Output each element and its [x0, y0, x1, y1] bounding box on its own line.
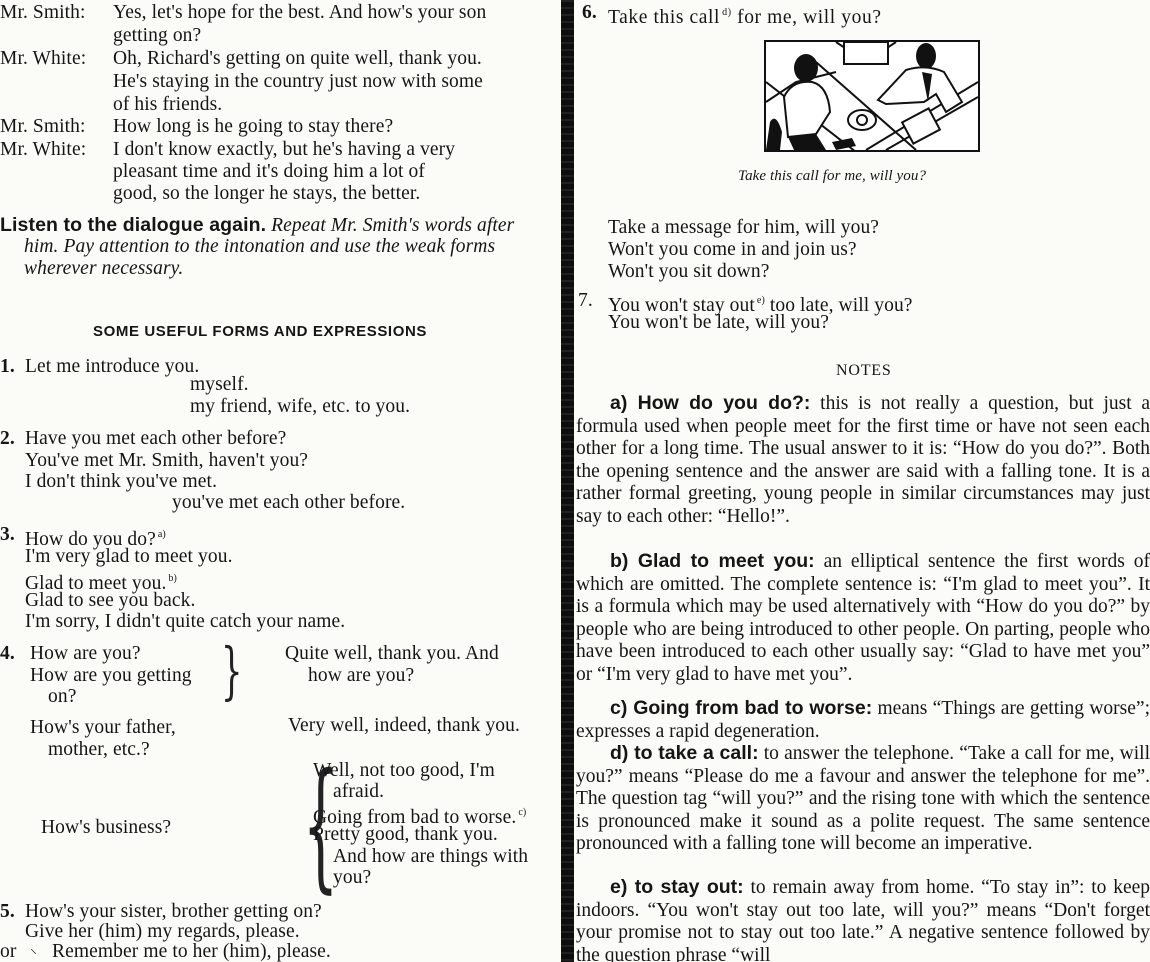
illustration-icon [766, 42, 978, 150]
note-label: e) to stay out: [610, 876, 744, 898]
note-label: a) How do you do?: [610, 392, 810, 414]
question-line: How are you? [30, 643, 141, 665]
instruction-line: him. Pay attention to the intonation and… [24, 236, 495, 258]
page-gutter-divider [561, 0, 574, 962]
note-b: b) Glad to meet you: an elliptical sente… [576, 550, 1150, 687]
item-number: 4. [0, 643, 15, 665]
expression-line: my friend, wife, etc. to you. [190, 396, 410, 418]
illustration-caption: Take this call for me, will you? [738, 165, 926, 187]
speaker-label: Mr. Smith: [0, 116, 86, 138]
right-brace-icon: } [221, 640, 243, 702]
answer-line: Quite well, thank you. And [285, 643, 499, 665]
question-line: How's business? [41, 817, 171, 839]
answer-line: Very well, indeed, thank you. [288, 715, 520, 737]
expression-line: you've met each other before. [172, 492, 405, 514]
question-line: on? [48, 686, 76, 708]
expression-line: Won't you come in and join us? [608, 239, 857, 261]
dialogue-line: good, so the longer he stays, the better… [113, 183, 420, 205]
footnote-ref: b) [168, 573, 177, 584]
answer-line: Pretty good, thank you. [313, 824, 498, 846]
expression-line: myself. [190, 374, 249, 396]
expression-line: Won't you sit down? [608, 261, 769, 283]
dialogue-line: pleasant time and it's doing him a lot o… [113, 161, 425, 183]
item-number: 1. [0, 356, 15, 378]
footnote-ref: e) [757, 295, 765, 306]
speaker-label: Mr. Smith: [0, 2, 86, 24]
answer-line: how are you? [308, 665, 414, 687]
note-label: d) to take a call: [610, 742, 759, 764]
answer-line: And how are things with [333, 846, 528, 868]
note-e: e) to stay out: to remain away from home… [576, 876, 1150, 962]
dialogue-line: He's staying in the country just now wit… [113, 71, 483, 93]
expression-line: Take this calld) for me, will you? [608, 2, 882, 29]
answer-line: afraid. [333, 781, 384, 803]
expression-line: Give her (him) my regards, please. [25, 921, 300, 943]
expression-line: How's your sister, brother getting on? [25, 901, 322, 923]
expression-line: You won't be late, will you? [608, 312, 829, 334]
or-label: or [0, 941, 16, 962]
expression-line: Remember me to her (him), please. [52, 941, 331, 962]
dialogue-line: I don't know exactly, but he's having a … [113, 139, 455, 161]
footnote-ref: c) [518, 807, 526, 818]
dialogue-line: of his friends. [113, 94, 222, 116]
expression-line: I'm very glad to meet you. [25, 546, 233, 568]
question-line: How's your father, [30, 717, 176, 739]
dialogue-line: Oh, Richard's getting on quite well, tha… [113, 48, 482, 70]
notes-heading: NOTES [836, 360, 892, 382]
item-number: 3. [0, 524, 15, 546]
item-number: 5. [0, 901, 15, 923]
instruction-italic: Repeat Mr. Smith's words after [271, 215, 514, 236]
answer-line: you? [333, 867, 371, 889]
instruction-line: wherever necessary. [24, 258, 183, 280]
office-telephone-illustration [764, 40, 980, 152]
expression-line: Take a message for him, will you? [608, 217, 879, 239]
question-line: mother, etc.? [48, 739, 150, 761]
speaker-label: Mr. White: [0, 139, 86, 161]
item-number: 6. [582, 2, 597, 24]
answer-line: Well, not too good, I'm [313, 760, 495, 782]
note-label: b) Glad to meet you: [610, 550, 815, 572]
dialogue-line: How long is he going to stay there? [113, 116, 393, 138]
question-line: How are you getting [30, 665, 192, 687]
note-c: c) Going from bad to worse: means “Thing… [576, 697, 1150, 743]
dialogue-line: getting on? [113, 25, 201, 47]
section-heading: SOME USEFUL FORMS AND EXPRESSIONS [93, 321, 427, 343]
speaker-label: Mr. White: [0, 48, 86, 70]
falling-tone-icon: ⸜ [30, 939, 37, 961]
item-number: 7. [578, 290, 593, 312]
expression-line: Glad to see you back. [25, 590, 196, 612]
dialogue-line: Yes, let's hope for the best. And how's … [113, 2, 486, 24]
note-label: c) Going from bad to worse: [610, 697, 872, 719]
expression-line: I don't think you've met. [25, 471, 217, 493]
note-a: a) How do you do?: this is not really a … [576, 392, 1150, 529]
note-d: d) to take a call: to answer the telepho… [576, 742, 1150, 856]
expression-line: You've met Mr. Smith, haven't you? [25, 450, 308, 472]
expression-line: Let me introduce you. [25, 356, 199, 378]
footnote-ref: d) [722, 7, 732, 18]
item-number: 2. [0, 428, 15, 450]
instruction-bold: Listen to the dialogue again. [0, 214, 266, 236]
expression-line: Have you met each other before? [25, 428, 286, 450]
expression-line: I'm sorry, I didn't quite catch your nam… [25, 611, 345, 633]
footnote-ref: a) [158, 529, 166, 540]
